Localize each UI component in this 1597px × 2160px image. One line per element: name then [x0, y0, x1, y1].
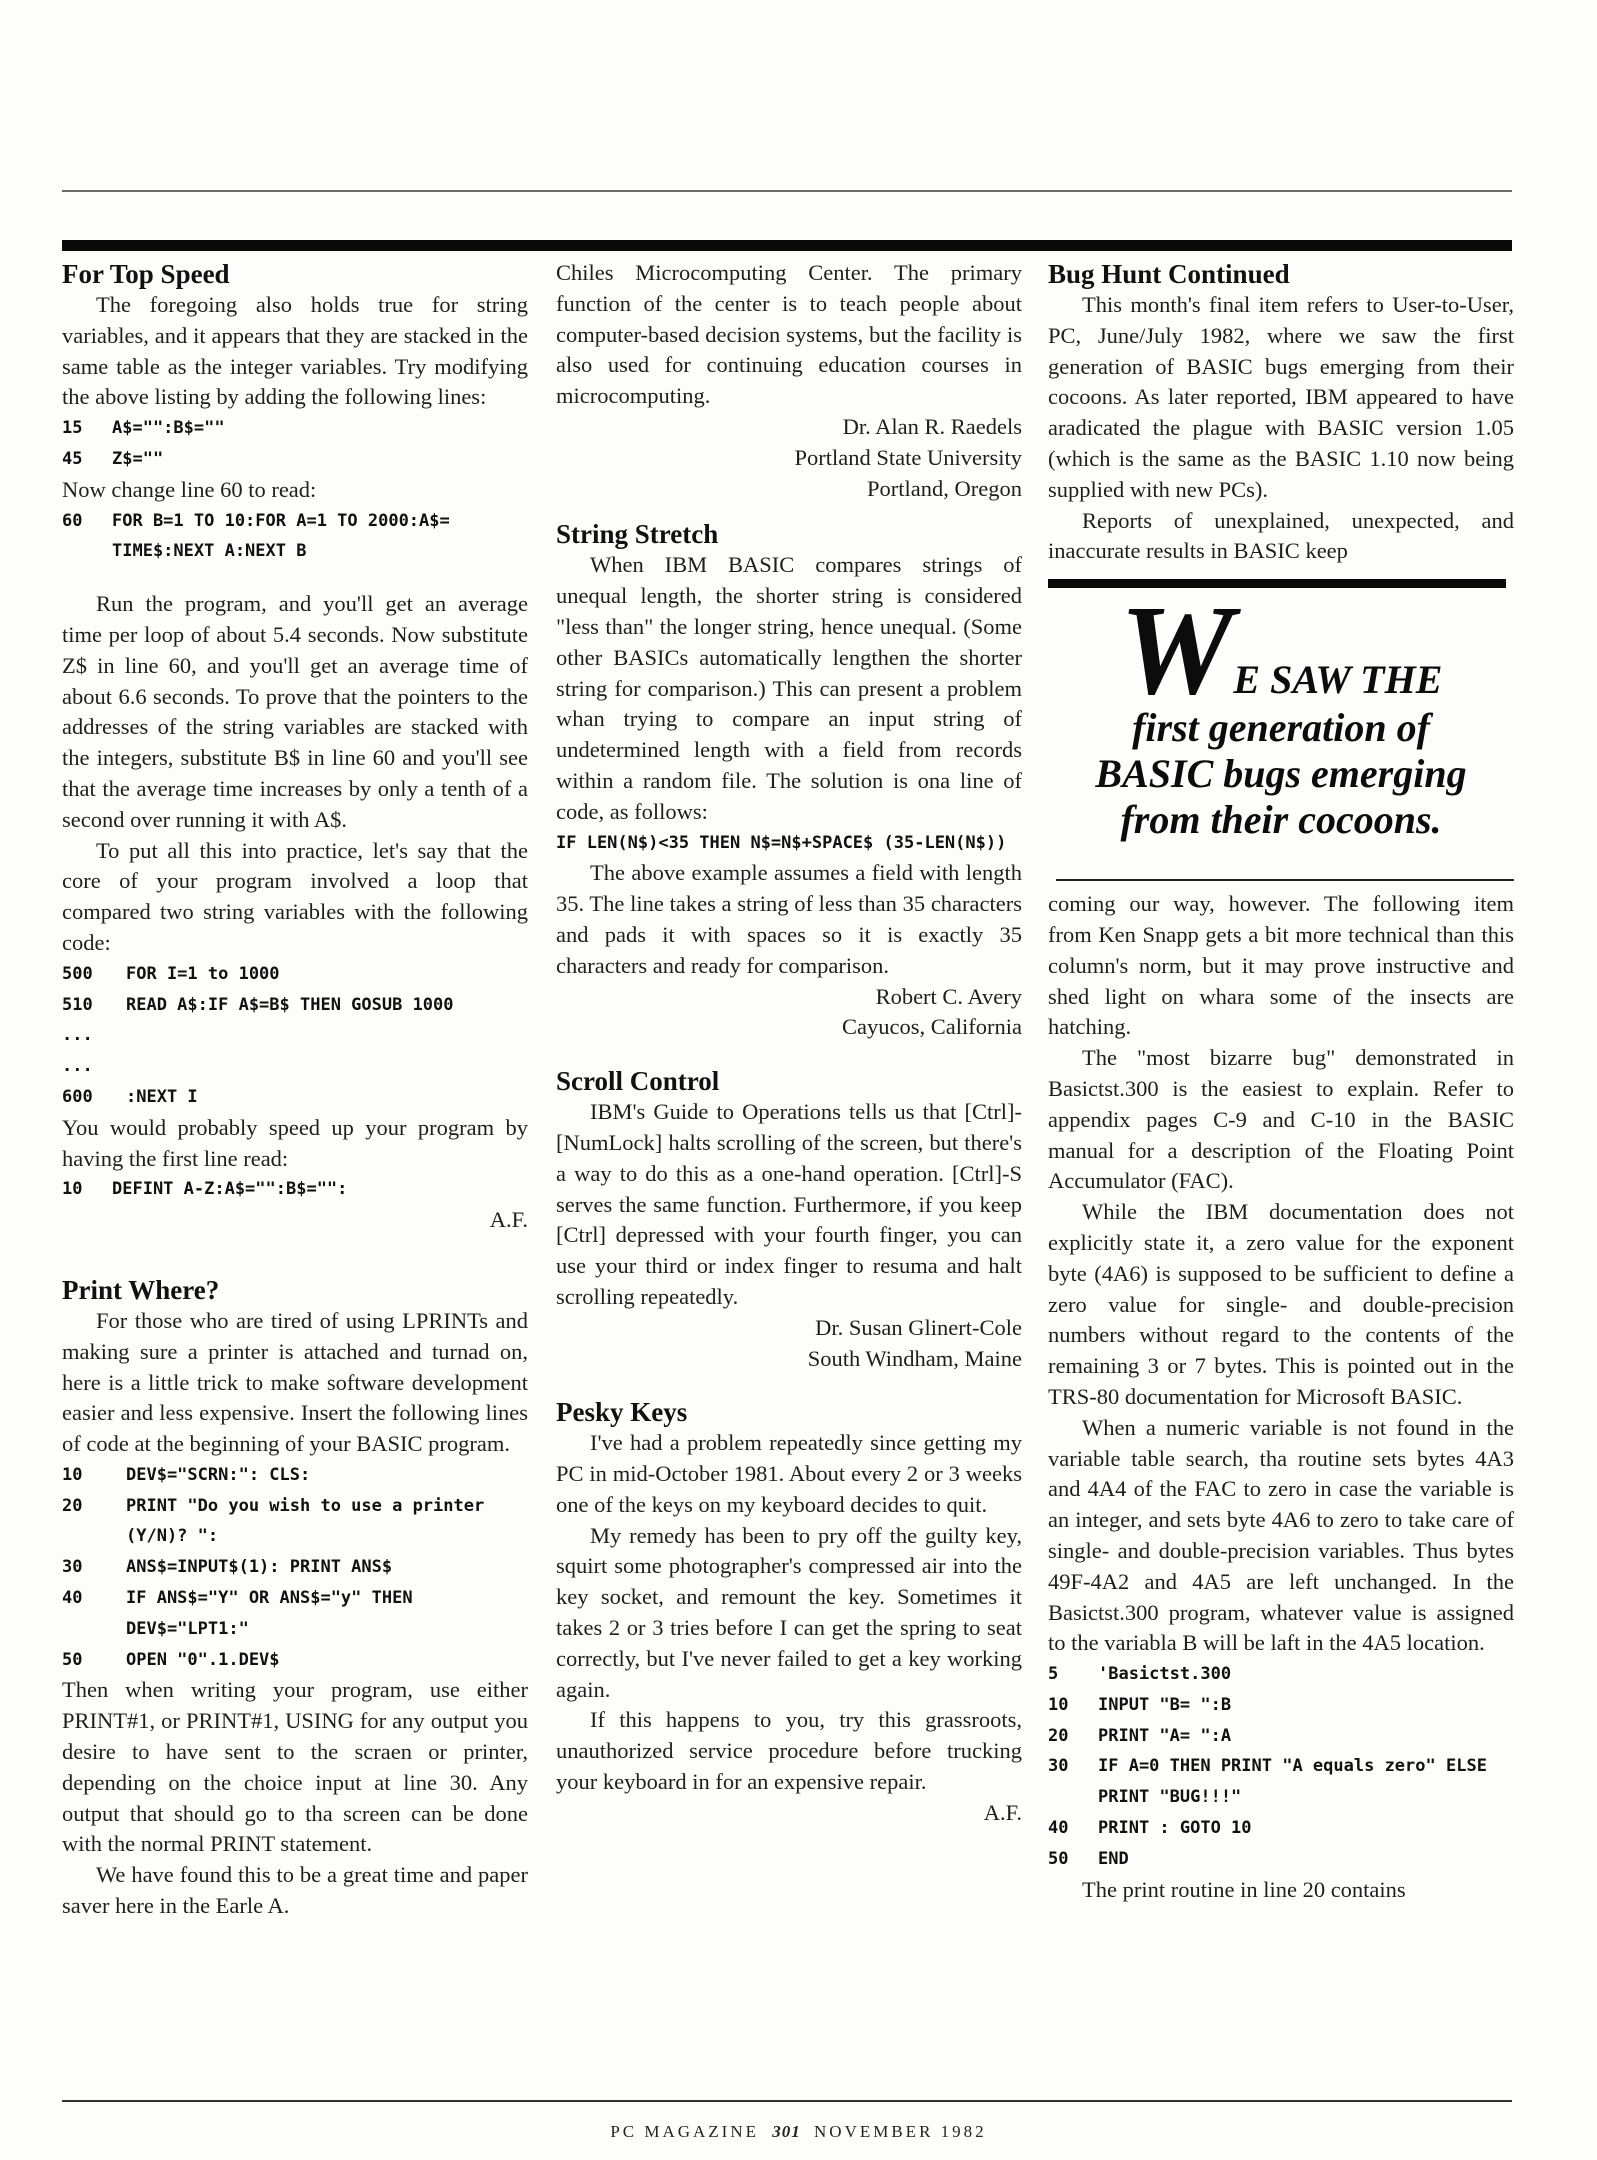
pull-quote-bottom-rule: [1056, 879, 1514, 881]
code-line: 20PRINT "A= ":A: [1048, 1721, 1514, 1752]
footer-rule: [62, 2100, 1512, 2102]
code-ellipsis: ...: [62, 1051, 528, 1082]
paragraph: I've had a problem repeatedly since gett…: [556, 1428, 1022, 1520]
paragraph: If this happens to you, try this grassro…: [556, 1705, 1022, 1797]
signature-location: South Windham, Maine: [556, 1344, 1022, 1375]
signature-name: Robert C. Avery: [556, 982, 1022, 1013]
paragraph: IBM's Guide to Operations tells us that …: [556, 1097, 1022, 1313]
code-line: IF LEN(N$)<35 THEN N$=N$+SPACE$ (35-LEN(…: [556, 828, 1022, 859]
paragraph: When IBM BASIC compares strings of unequ…: [556, 550, 1022, 827]
paragraph: The foregoing also holds true for string…: [62, 290, 528, 413]
page-footer: PC MAGAZINE 301 NOVEMBER 1982: [0, 2122, 1597, 2142]
heading-string-stretch: String Stretch: [556, 518, 1022, 550]
top-thin-rule: [62, 190, 1512, 192]
paragraph: Reports of unexplained, unexpected, and …: [1048, 506, 1514, 568]
drop-cap: W: [1120, 579, 1234, 721]
code-line: 30ANS$=INPUT$(1): PRINT ANS$: [62, 1552, 528, 1583]
code-line: 40IF ANS$="Y" OR ANS$="y" THEN DEV$="LPT…: [62, 1583, 528, 1645]
paragraph: The above example assumes a field with l…: [556, 858, 1022, 981]
heading-pesky-keys: Pesky Keys: [556, 1396, 1022, 1428]
paragraph: My remedy has been to pry off the guilty…: [556, 1521, 1022, 1706]
signature-affiliation: Portland State University: [556, 443, 1022, 474]
heading-bug-hunt-continued: Bug Hunt Continued: [1048, 258, 1514, 290]
paragraph: To put all this into practice, let's say…: [62, 836, 528, 959]
code-line: 500FOR I=1 to 1000: [62, 959, 528, 990]
paragraph: Chiles Microcomputing Center. The primar…: [556, 258, 1022, 412]
code-line: 10INPUT "B= ":B: [1048, 1690, 1514, 1721]
top-thick-rule: [62, 240, 1512, 251]
signature: A.F.: [62, 1205, 528, 1236]
paragraph: You would probably speed up your program…: [62, 1113, 528, 1175]
code-line: 50END: [1048, 1844, 1514, 1875]
paragraph: Run the program, and you'll get an avera…: [62, 589, 528, 835]
paragraph: This month's final item refers to User-t…: [1048, 290, 1514, 506]
pull-quote-text: WE SAW THE first generation of BASIC bug…: [1048, 593, 1514, 843]
pull-quote: WE SAW THE first generation of BASIC bug…: [1048, 579, 1514, 889]
column-right: Bug Hunt Continued This month's final it…: [1048, 258, 1514, 1905]
code-line: 60FOR B=1 TO 10:FOR A=1 TO 2000:A$= TIME…: [62, 506, 528, 568]
code-line: 40PRINT : GOTO 10: [1048, 1813, 1514, 1844]
footer-date: NOVEMBER 1982: [814, 2122, 987, 2141]
pull-quote-top-rule: [1048, 579, 1506, 588]
paragraph: While the IBM documentation does not exp…: [1048, 1197, 1514, 1413]
page-number: 301: [772, 2122, 801, 2141]
code-line: 45Z$="": [62, 444, 528, 475]
code-line: 20PRINT "Do you wish to use a printer (Y…: [62, 1491, 528, 1553]
code-line: 5'Basictst.300: [1048, 1659, 1514, 1690]
signature-name: Dr. Susan Glinert-Cole: [556, 1313, 1022, 1344]
signature: A.F.: [556, 1798, 1022, 1829]
column-middle: Chiles Microcomputing Center. The primar…: [556, 258, 1022, 1829]
heading-print-where: Print Where?: [62, 1274, 528, 1306]
paragraph: Now change line 60 to read:: [62, 475, 528, 506]
paragraph: The "most bizarre bug" demonstrated in B…: [1048, 1043, 1514, 1197]
footer-magazine: PC MAGAZINE: [610, 2122, 759, 2141]
heading-for-top-speed: For Top Speed: [62, 258, 528, 290]
column-left: For Top Speed The foregoing also holds t…: [62, 258, 528, 1922]
paragraph: When a numeric variable is not found in …: [1048, 1413, 1514, 1659]
code-line: 10DEV$="SCRN:": CLS:: [62, 1460, 528, 1491]
heading-scroll-control: Scroll Control: [556, 1065, 1022, 1097]
code-line: 30IF A=0 THEN PRINT "A equals zero" ELSE…: [1048, 1751, 1514, 1813]
paragraph: Then when writing your program, use eith…: [62, 1675, 528, 1860]
code-line: 15A$="":B$="": [62, 413, 528, 444]
signature-location: Cayucos, California: [556, 1012, 1022, 1043]
paragraph: The print routine in line 20 contains: [1048, 1875, 1514, 1906]
code-line: 50OPEN "0".1.DEV$: [62, 1645, 528, 1676]
paragraph: coming our way, however. The following i…: [1048, 889, 1514, 1043]
paragraph: For those who are tired of using LPRINTs…: [62, 1306, 528, 1460]
code-line: 510READ A$:IF A$=B$ THEN GOSUB 1000: [62, 990, 528, 1021]
code-line: 600:NEXT I: [62, 1082, 528, 1113]
signature-name: Dr. Alan R. Raedels: [556, 412, 1022, 443]
code-line: 10DEFINT A-Z:A$="":B$="":: [62, 1174, 528, 1205]
code-ellipsis: ...: [62, 1020, 528, 1051]
paragraph: We have found this to be a great time an…: [62, 1860, 528, 1922]
signature-location: Portland, Oregon: [556, 474, 1022, 505]
